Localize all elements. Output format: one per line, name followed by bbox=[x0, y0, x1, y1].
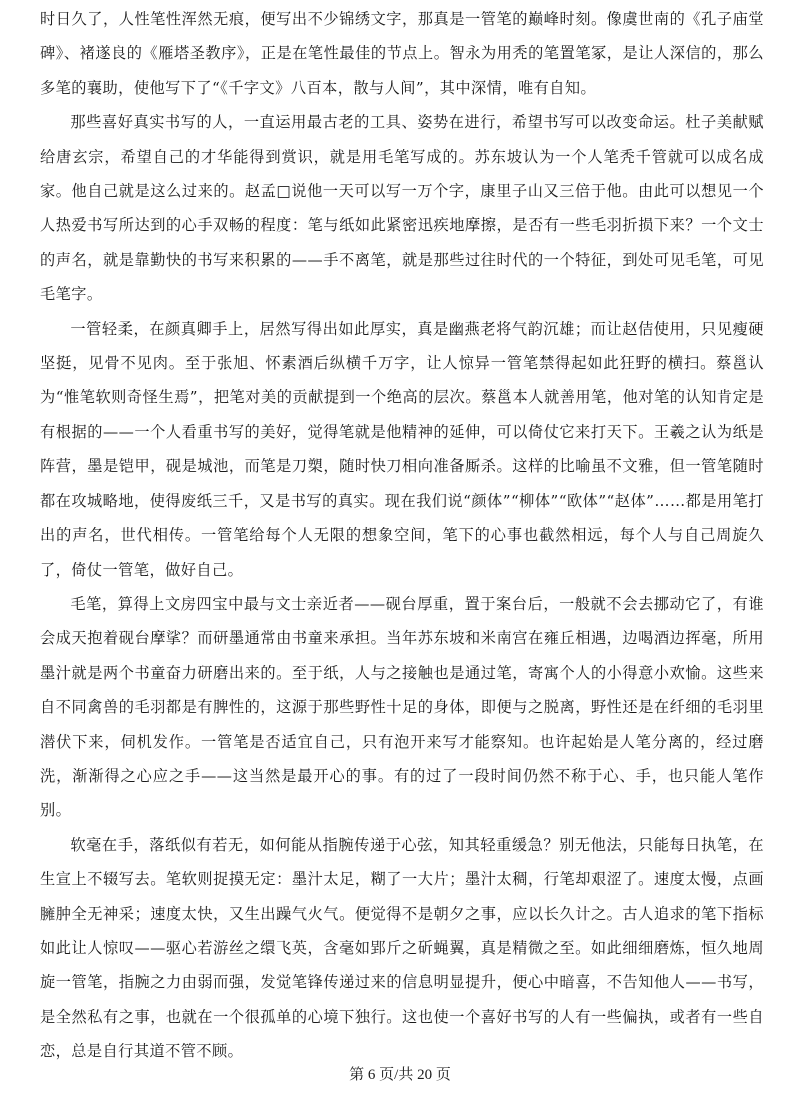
paragraph-2: 那些喜好真实书写的人，一直运用最古老的工具、姿势在进行，希望书写可以改变命运。杜… bbox=[40, 105, 764, 311]
paragraph-5: 软毫在手，落纸似有若无，如何能从指腕传递于心弦，知其轻重缓急？别无他法，只能每日… bbox=[40, 828, 764, 1069]
paragraph-4: 毛笔，算得上文房四宝中最与文士亲近者——砚台厚重，置于案台后，一般就不会去挪动它… bbox=[40, 587, 764, 828]
paragraph-3: 一管轻柔，在颜真卿手上，居然写得出如此厚实，真是幽燕老将气韵沉雄；而让赵佶使用，… bbox=[40, 312, 764, 587]
document-body: 时日久了，人性笔性浑然无痕，便写出不少锦绣文字，那真是一管笔的巅峰时刻。像虞世南… bbox=[40, 2, 764, 1069]
page-number-footer: 第 6 页/共 20 页 bbox=[0, 1063, 800, 1084]
paragraph-1: 时日久了，人性笔性浑然无痕，便写出不少锦绣文字，那真是一管笔的巅峰时刻。像虞世南… bbox=[40, 2, 764, 105]
